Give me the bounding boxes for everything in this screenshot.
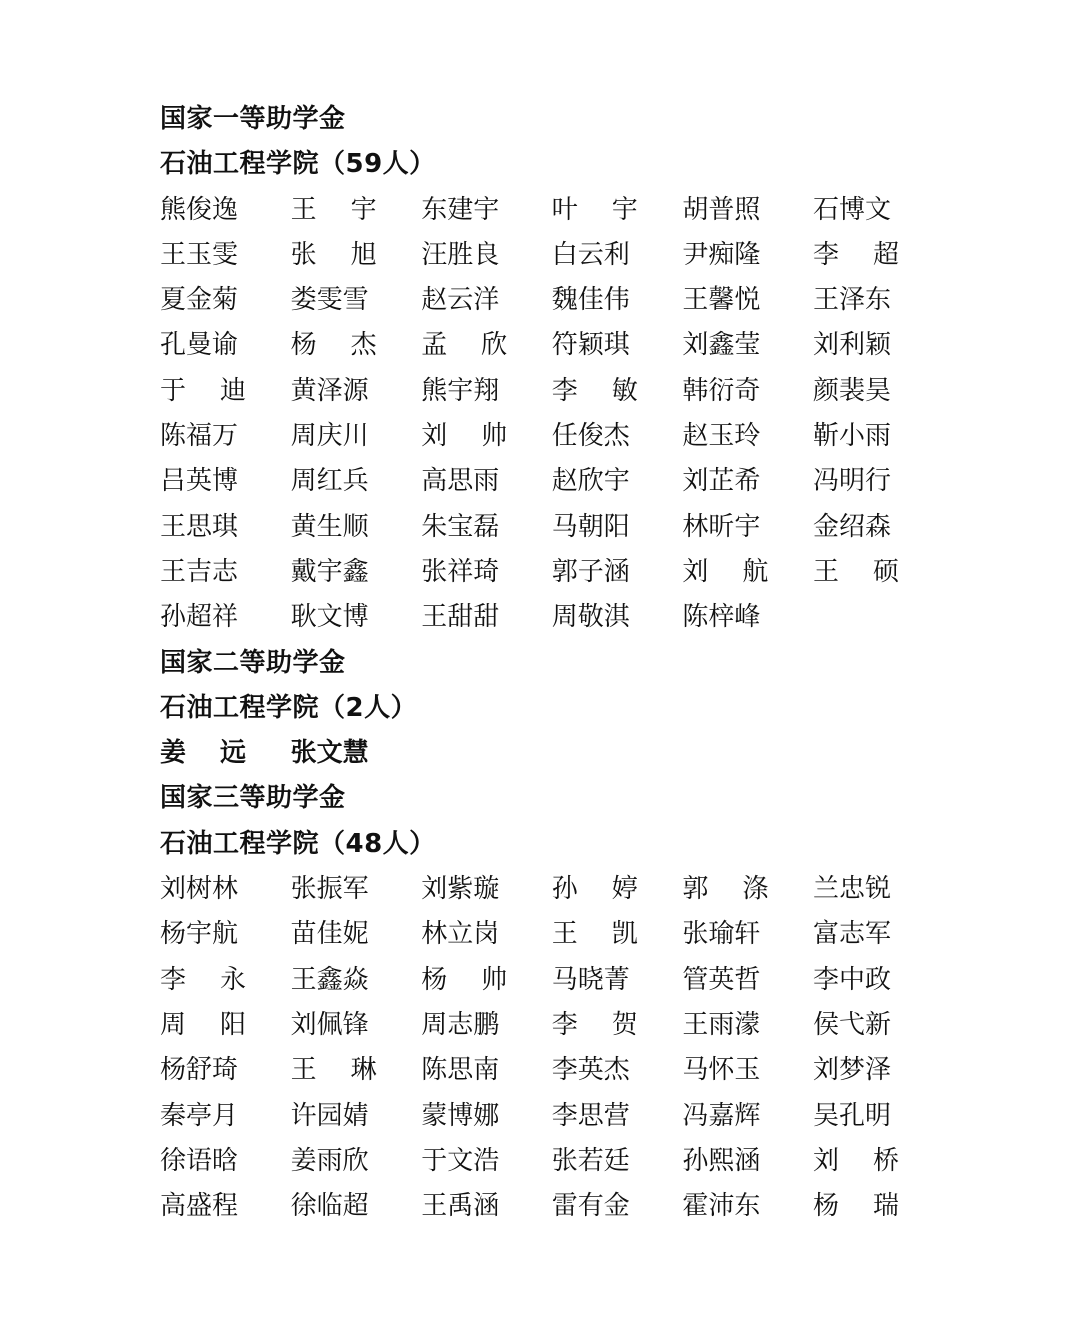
name-row: 孙超祥耿文博王甜甜周敬淇陈梓峰 (160, 595, 920, 640)
name-cell: 王甜甜 (421, 595, 552, 640)
name-row: 王思琪黄生顺朱宝磊马朝阳林昕宇金绍森 (160, 505, 920, 550)
award-title: 国家一等助学金 (160, 97, 920, 142)
recipient-name: 李思营 (552, 1094, 638, 1139)
recipient-name: 胡普照 (682, 188, 768, 233)
name-cell: 富志军 (813, 912, 944, 957)
recipient-name: 杨杰 (291, 323, 377, 368)
recipient-name: 符颖琪 (552, 323, 638, 368)
name-cell: 熊俊逸 (160, 188, 291, 233)
recipient-name: 姜远 (160, 731, 246, 776)
recipient-name: 王凯 (552, 912, 638, 957)
name-row: 李永王鑫焱杨帅马晓菁管英哲李中政 (160, 958, 920, 1003)
recipient-name: 赵玉玲 (682, 414, 768, 459)
name-cell: 苗佳妮 (291, 912, 422, 957)
name-cell: 刘树林 (160, 867, 291, 912)
name-cell: 夏金菊 (160, 278, 291, 323)
recipient-name: 刘利颖 (813, 323, 899, 368)
recipient-name: 东建宇 (421, 188, 507, 233)
recipient-name: 熊俊逸 (160, 188, 246, 233)
recipient-name: 霍沛东 (682, 1184, 768, 1229)
recipient-name: 黄泽源 (291, 369, 377, 414)
name-row: 熊俊逸王宇东建宇叶宇胡普照石博文 (160, 188, 920, 233)
name-row: 王吉志戴宇鑫张祥琦郭子涵刘航王硕 (160, 550, 920, 595)
recipient-name: 许园婧 (291, 1094, 377, 1139)
name-cell: 孙婷 (552, 867, 683, 912)
name-cell: 黄生顺 (291, 505, 422, 550)
recipient-name: 王硕 (813, 550, 899, 595)
name-cell: 姜远 (160, 731, 291, 776)
name-cell: 尹痴隆 (682, 233, 813, 278)
name-cell: 侯弋新 (813, 1003, 944, 1048)
recipient-name: 兰忠锐 (813, 867, 899, 912)
recipient-name: 王馨悦 (682, 278, 768, 323)
recipient-name: 夏金菊 (160, 278, 246, 323)
recipient-name: 管英哲 (682, 958, 768, 1003)
college-heading: 石油工程学院（48人） (160, 822, 920, 867)
award-title: 国家三等助学金 (160, 776, 920, 821)
recipient-name: 叶宇 (552, 188, 638, 233)
name-cell: 刘梦泽 (813, 1048, 944, 1093)
recipient-name: 王甜甜 (421, 595, 507, 640)
name-cell: 戴宇鑫 (291, 550, 422, 595)
name-cell: 冯嘉辉 (682, 1094, 813, 1139)
recipient-name: 赵欣宇 (552, 459, 638, 504)
name-cell: 王凯 (552, 912, 683, 957)
recipient-name: 刘鑫莹 (682, 323, 768, 368)
name-cell: 徐语晗 (160, 1139, 291, 1184)
name-cell: 李超 (813, 233, 944, 278)
name-cell: 陈梓峰 (682, 595, 813, 640)
recipient-name: 王禹涵 (421, 1184, 507, 1229)
recipient-name: 刘芷希 (682, 459, 768, 504)
name-cell: 黄泽源 (291, 369, 422, 414)
name-cell: 刘紫璇 (421, 867, 552, 912)
name-cell: 李思营 (552, 1094, 683, 1139)
name-cell: 娄雯雪 (291, 278, 422, 323)
name-cell: 赵云洋 (421, 278, 552, 323)
recipient-name: 徐临超 (291, 1184, 377, 1229)
name-cell: 周红兵 (291, 459, 422, 504)
recipient-name: 林立岗 (421, 912, 507, 957)
name-cell: 靳小雨 (813, 414, 944, 459)
recipient-name: 冯嘉辉 (682, 1094, 768, 1139)
name-cell: 韩衍奇 (682, 369, 813, 414)
name-cell: 郭涤 (682, 867, 813, 912)
recipient-name: 陈福万 (160, 414, 246, 459)
name-cell: 王雨濛 (682, 1003, 813, 1048)
recipient-name: 秦亭月 (160, 1094, 246, 1139)
name-cell: 李贺 (552, 1003, 683, 1048)
name-cell: 王琳 (291, 1048, 422, 1093)
name-cell: 孙熙涵 (682, 1139, 813, 1184)
name-cell: 王宇 (291, 188, 422, 233)
recipient-name: 周敬淇 (552, 595, 638, 640)
name-cell: 金绍森 (813, 505, 944, 550)
name-row: 王玉雯张旭汪胜良白云利尹痴隆李超 (160, 233, 920, 278)
recipient-name: 孙超祥 (160, 595, 246, 640)
recipient-name: 高思雨 (421, 459, 507, 504)
recipient-name: 李超 (813, 233, 899, 278)
name-cell: 任俊杰 (552, 414, 683, 459)
recipient-name: 李英杰 (552, 1048, 638, 1093)
name-cell: 周志鹏 (421, 1003, 552, 1048)
name-cell: 熊宇翔 (421, 369, 552, 414)
recipient-name: 蒙博娜 (421, 1094, 507, 1139)
name-cell: 杨瑞 (813, 1184, 944, 1229)
name-cell: 王鑫焱 (291, 958, 422, 1003)
scholarship-document: 国家一等助学金石油工程学院（59人）熊俊逸王宇东建宇叶宇胡普照石博文王玉雯张旭汪… (160, 97, 920, 1229)
name-row: 秦亭月许园婧蒙博娜李思营冯嘉辉吴孔明 (160, 1094, 920, 1139)
name-cell: 张文慧 (291, 731, 422, 776)
name-cell: 马怀玉 (682, 1048, 813, 1093)
name-cell: 蒙博娜 (421, 1094, 552, 1139)
name-cell: 马朝阳 (552, 505, 683, 550)
recipient-name: 尹痴隆 (682, 233, 768, 278)
name-cell: 王思琪 (160, 505, 291, 550)
recipient-name: 王玉雯 (160, 233, 246, 278)
recipient-name: 朱宝磊 (421, 505, 507, 550)
name-row: 高盛程徐临超王禹涵雷有金霍沛东杨瑞 (160, 1184, 920, 1229)
name-cell: 魏佳伟 (552, 278, 683, 323)
name-cell: 朱宝磊 (421, 505, 552, 550)
name-row: 吕英博周红兵高思雨赵欣宇刘芷希冯明行 (160, 459, 920, 504)
name-cell: 周阳 (160, 1003, 291, 1048)
name-cell: 王硕 (813, 550, 944, 595)
name-cell: 秦亭月 (160, 1094, 291, 1139)
name-cell: 刘佩锋 (291, 1003, 422, 1048)
name-row: 姜远张文慧 (160, 731, 920, 776)
recipient-name: 王雨濛 (682, 1003, 768, 1048)
name-cell: 颜裴昊 (813, 369, 944, 414)
name-cell: 杨舒琦 (160, 1048, 291, 1093)
recipient-name: 李敏 (552, 369, 638, 414)
name-row: 杨宇航苗佳妮林立岗王凯张瑜轩富志军 (160, 912, 920, 957)
name-cell: 陈福万 (160, 414, 291, 459)
name-row: 陈福万周庆川刘帅任俊杰赵玉玲靳小雨 (160, 414, 920, 459)
name-cell: 刘帅 (421, 414, 552, 459)
name-cell: 石博文 (813, 188, 944, 233)
recipient-name: 靳小雨 (813, 414, 899, 459)
name-cell: 于文浩 (421, 1139, 552, 1184)
name-cell: 刘航 (682, 550, 813, 595)
award-section: 国家一等助学金石油工程学院（59人）熊俊逸王宇东建宇叶宇胡普照石博文王玉雯张旭汪… (160, 97, 920, 641)
recipient-name: 孔曼谕 (160, 323, 246, 368)
recipient-name: 赵云洋 (421, 278, 507, 323)
recipient-name: 于文浩 (421, 1139, 507, 1184)
college-heading: 石油工程学院（59人） (160, 142, 920, 187)
name-row: 夏金菊娄雯雪赵云洋魏佳伟王馨悦王泽东 (160, 278, 920, 323)
recipient-name: 徐语晗 (160, 1139, 246, 1184)
name-cell: 陈思南 (421, 1048, 552, 1093)
recipient-name: 孙熙涵 (682, 1139, 768, 1184)
recipient-name: 杨舒琦 (160, 1048, 246, 1093)
name-cell: 周庆川 (291, 414, 422, 459)
recipient-name: 刘桥 (813, 1139, 899, 1184)
recipient-name: 马朝阳 (552, 505, 638, 550)
name-cell: 白云利 (552, 233, 683, 278)
recipient-name: 刘树林 (160, 867, 246, 912)
recipient-name: 吴孔明 (813, 1094, 899, 1139)
name-cell: 兰忠锐 (813, 867, 944, 912)
award-section: 国家三等助学金石油工程学院（48人）刘树林张振军刘紫璇孙婷郭涤兰忠锐杨宇航苗佳妮… (160, 776, 920, 1229)
name-cell: 孙超祥 (160, 595, 291, 640)
name-cell: 王玉雯 (160, 233, 291, 278)
name-cell: 徐临超 (291, 1184, 422, 1229)
name-cell: 王馨悦 (682, 278, 813, 323)
name-row: 于迪黄泽源熊宇翔李敏韩衍奇颜裴昊 (160, 369, 920, 414)
name-cell: 胡普照 (682, 188, 813, 233)
college-heading: 石油工程学院（2人） (160, 686, 920, 731)
name-cell: 刘利颖 (813, 323, 944, 368)
name-cell: 吴孔明 (813, 1094, 944, 1139)
recipient-name: 杨帅 (421, 958, 507, 1003)
recipient-name: 陈梓峰 (682, 595, 768, 640)
recipient-name: 张旭 (291, 233, 377, 278)
name-cell: 高盛程 (160, 1184, 291, 1229)
name-cell: 李中政 (813, 958, 944, 1003)
name-cell: 杨杰 (291, 323, 422, 368)
recipient-name: 郭涤 (682, 867, 768, 912)
recipient-name: 王宇 (291, 188, 377, 233)
recipient-name: 韩衍奇 (682, 369, 768, 414)
name-cell: 张振军 (291, 867, 422, 912)
recipient-name: 周红兵 (291, 459, 377, 504)
name-cell: 李敏 (552, 369, 683, 414)
recipient-name: 张文慧 (291, 731, 377, 776)
recipient-name: 张祥琦 (421, 550, 507, 595)
name-cell: 符颖琪 (552, 323, 683, 368)
recipient-name: 戴宇鑫 (291, 550, 377, 595)
name-cell: 刘桥 (813, 1139, 944, 1184)
recipient-name: 姜雨欣 (291, 1139, 377, 1184)
name-cell: 汪胜良 (421, 233, 552, 278)
name-row: 杨舒琦王琳陈思南李英杰马怀玉刘梦泽 (160, 1048, 920, 1093)
name-cell: 刘鑫莹 (682, 323, 813, 368)
name-cell: 郭子涵 (552, 550, 683, 595)
name-cell: 王禹涵 (421, 1184, 552, 1229)
name-cell: 林昕宇 (682, 505, 813, 550)
name-cell: 杨帅 (421, 958, 552, 1003)
recipient-name: 孟欣 (421, 323, 507, 368)
recipient-name: 张瑜轩 (682, 912, 768, 957)
name-cell: 张瑜轩 (682, 912, 813, 957)
name-cell: 马晓菁 (552, 958, 683, 1003)
recipient-name: 周阳 (160, 1003, 246, 1048)
recipient-name: 马晓菁 (552, 958, 638, 1003)
recipient-name: 雷有金 (552, 1184, 638, 1229)
name-cell: 赵玉玲 (682, 414, 813, 459)
name-cell: 姜雨欣 (291, 1139, 422, 1184)
recipient-name: 马怀玉 (682, 1048, 768, 1093)
recipient-name: 王琳 (291, 1048, 377, 1093)
recipient-name: 李贺 (552, 1003, 638, 1048)
name-cell: 孟欣 (421, 323, 552, 368)
recipient-name: 王泽东 (813, 278, 899, 323)
recipient-name: 汪胜良 (421, 233, 507, 278)
name-cell: 许园婧 (291, 1094, 422, 1139)
recipient-name: 熊宇翔 (421, 369, 507, 414)
recipient-name: 王鑫焱 (291, 958, 377, 1003)
recipient-name: 富志军 (813, 912, 899, 957)
recipient-name: 郭子涵 (552, 550, 638, 595)
name-cell: 冯明行 (813, 459, 944, 504)
award-title: 国家二等助学金 (160, 641, 920, 686)
recipient-name: 张振军 (291, 867, 377, 912)
recipient-name: 周庆川 (291, 414, 377, 459)
recipient-name: 娄雯雪 (291, 278, 377, 323)
recipient-name: 侯弋新 (813, 1003, 899, 1048)
name-cell: 霍沛东 (682, 1184, 813, 1229)
recipient-name: 颜裴昊 (813, 369, 899, 414)
recipient-name: 杨瑞 (813, 1184, 899, 1229)
name-cell: 赵欣宇 (552, 459, 683, 504)
recipient-name: 张若廷 (552, 1139, 638, 1184)
award-section: 国家二等助学金石油工程学院（2人）姜远张文慧 (160, 641, 920, 777)
name-cell: 张旭 (291, 233, 422, 278)
recipient-name: 吕英博 (160, 459, 246, 504)
name-cell: 张祥琦 (421, 550, 552, 595)
recipient-name: 刘佩锋 (291, 1003, 377, 1048)
recipient-name: 李永 (160, 958, 246, 1003)
name-cell: 李永 (160, 958, 291, 1003)
recipient-name: 李中政 (813, 958, 899, 1003)
name-cell: 耿文博 (291, 595, 422, 640)
name-cell: 吕英博 (160, 459, 291, 504)
name-cell: 叶宇 (552, 188, 683, 233)
recipient-name: 刘帅 (421, 414, 507, 459)
name-cell: 高思雨 (421, 459, 552, 504)
recipient-name: 高盛程 (160, 1184, 246, 1229)
recipient-name: 王思琪 (160, 505, 246, 550)
name-cell: 东建宇 (421, 188, 552, 233)
recipient-name: 黄生顺 (291, 505, 377, 550)
name-cell: 李英杰 (552, 1048, 683, 1093)
name-row: 孔曼谕杨杰孟欣符颖琪刘鑫莹刘利颖 (160, 323, 920, 368)
recipient-name: 王吉志 (160, 550, 246, 595)
recipient-name: 任俊杰 (552, 414, 638, 459)
recipient-name: 金绍森 (813, 505, 899, 550)
recipient-name: 刘紫璇 (421, 867, 507, 912)
recipient-name: 魏佳伟 (552, 278, 638, 323)
name-row: 徐语晗姜雨欣于文浩张若廷孙熙涵刘桥 (160, 1139, 920, 1184)
recipient-name: 石博文 (813, 188, 899, 233)
recipient-name: 耿文博 (291, 595, 377, 640)
name-cell: 管英哲 (682, 958, 813, 1003)
name-cell: 周敬淇 (552, 595, 683, 640)
recipient-name: 林昕宇 (682, 505, 768, 550)
name-cell: 孔曼谕 (160, 323, 291, 368)
name-cell: 张若廷 (552, 1139, 683, 1184)
recipient-name: 刘航 (682, 550, 768, 595)
name-row: 刘树林张振军刘紫璇孙婷郭涤兰忠锐 (160, 867, 920, 912)
recipient-name: 苗佳妮 (291, 912, 377, 957)
name-cell: 雷有金 (552, 1184, 683, 1229)
recipient-name: 白云利 (552, 233, 638, 278)
name-cell: 于迪 (160, 369, 291, 414)
name-cell: 林立岗 (421, 912, 552, 957)
recipient-name: 于迪 (160, 369, 246, 414)
recipient-name: 周志鹏 (421, 1003, 507, 1048)
recipient-name: 杨宇航 (160, 912, 246, 957)
recipient-name: 陈思南 (421, 1048, 507, 1093)
name-cell: 王吉志 (160, 550, 291, 595)
recipient-name: 刘梦泽 (813, 1048, 899, 1093)
name-cell: 刘芷希 (682, 459, 813, 504)
recipient-name: 孙婷 (552, 867, 638, 912)
name-row: 周阳刘佩锋周志鹏李贺王雨濛侯弋新 (160, 1003, 920, 1048)
recipient-name: 冯明行 (813, 459, 899, 504)
name-cell: 杨宇航 (160, 912, 291, 957)
name-cell: 王泽东 (813, 278, 944, 323)
